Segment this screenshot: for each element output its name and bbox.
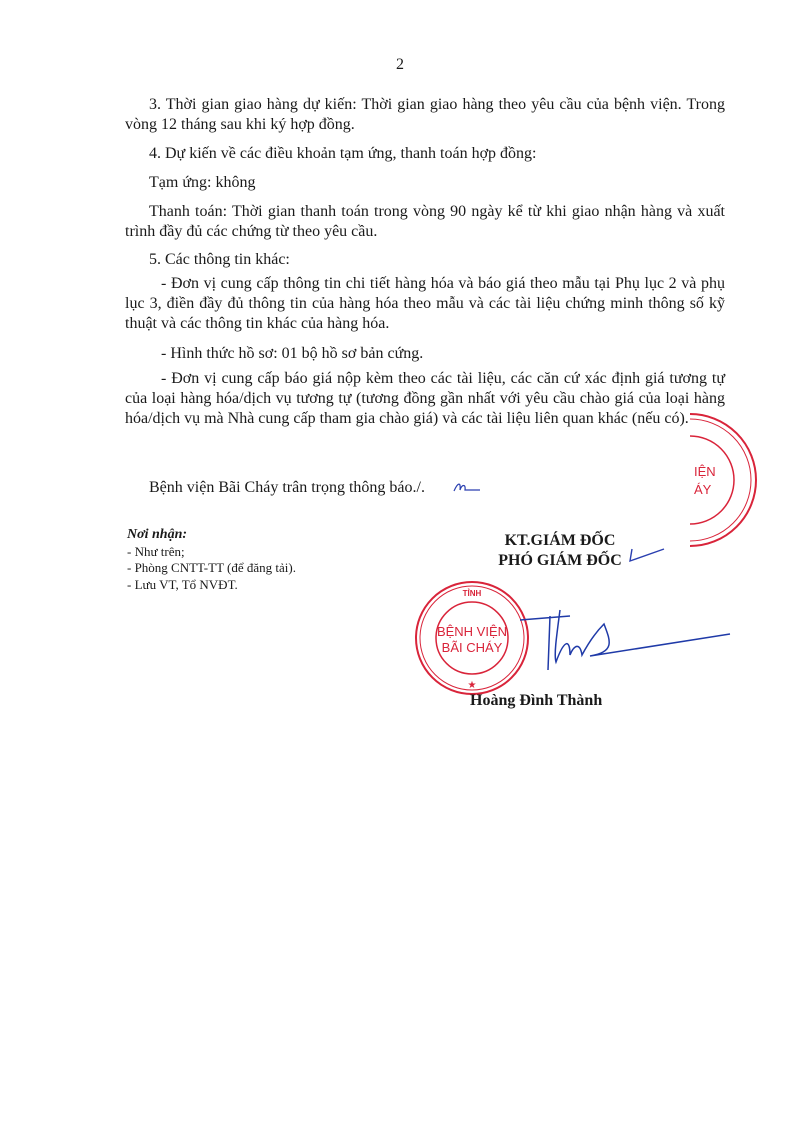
svg-text:IỆN: IỆN [694,464,716,479]
official-stamp-icon: TỈNH BỆNH VIỆN BÃI CHÁY ★ [412,578,532,698]
svg-text:TỈNH: TỈNH [463,589,482,598]
closing-statement: Bệnh viện Bãi Cháy trân trọng thông báo.… [125,478,725,498]
svg-text:BÃI CHÁY: BÃI CHÁY [442,640,503,655]
recipient-item: - Như trên; [127,544,296,561]
section-5-heading: 5. Các thông tin khác: [125,250,725,270]
payment-terms: Thanh toán: Thời gian thanh toán trong v… [125,202,725,242]
recipient-item: - Phòng CNTT-TT (để đăng tải). [127,560,296,577]
handwritten-signature-icon [520,600,740,680]
page-number: 2 [0,56,800,74]
svg-text:★: ★ [468,680,477,691]
tick-mark-icon [628,545,668,565]
recipients-heading: Nơi nhận: [127,527,296,544]
initials-mark-icon [452,478,482,494]
svg-text:BỆNH VIỆN: BỆNH VIỆN [437,624,507,639]
partial-stamp-icon: IỆN ÁY [690,410,800,550]
signer-name: Hoàng Đình Thành [470,692,602,710]
recipient-item: - Lưu VT, Tổ NVĐT. [127,577,296,594]
recipients-block: Nơi nhận: - Như trên; - Phòng CNTT-TT (đ… [127,527,296,593]
other-info-item: - Hình thức hồ sơ: 01 bộ hồ sơ bản cứng. [125,344,725,364]
other-info-item: - Đơn vị cung cấp thông tin chi tiết hàn… [125,274,725,334]
advance-payment: Tạm ứng: không [125,173,725,193]
section-4-heading: 4. Dự kiến về các điều khoản tạm ứng, th… [125,144,725,164]
other-info-item: - Đơn vị cung cấp báo giá nộp kèm theo c… [125,369,725,429]
section-3-delivery-time: 3. Thời gian giao hàng dự kiến: Thời gia… [125,95,725,135]
svg-text:ÁY: ÁY [694,482,712,497]
